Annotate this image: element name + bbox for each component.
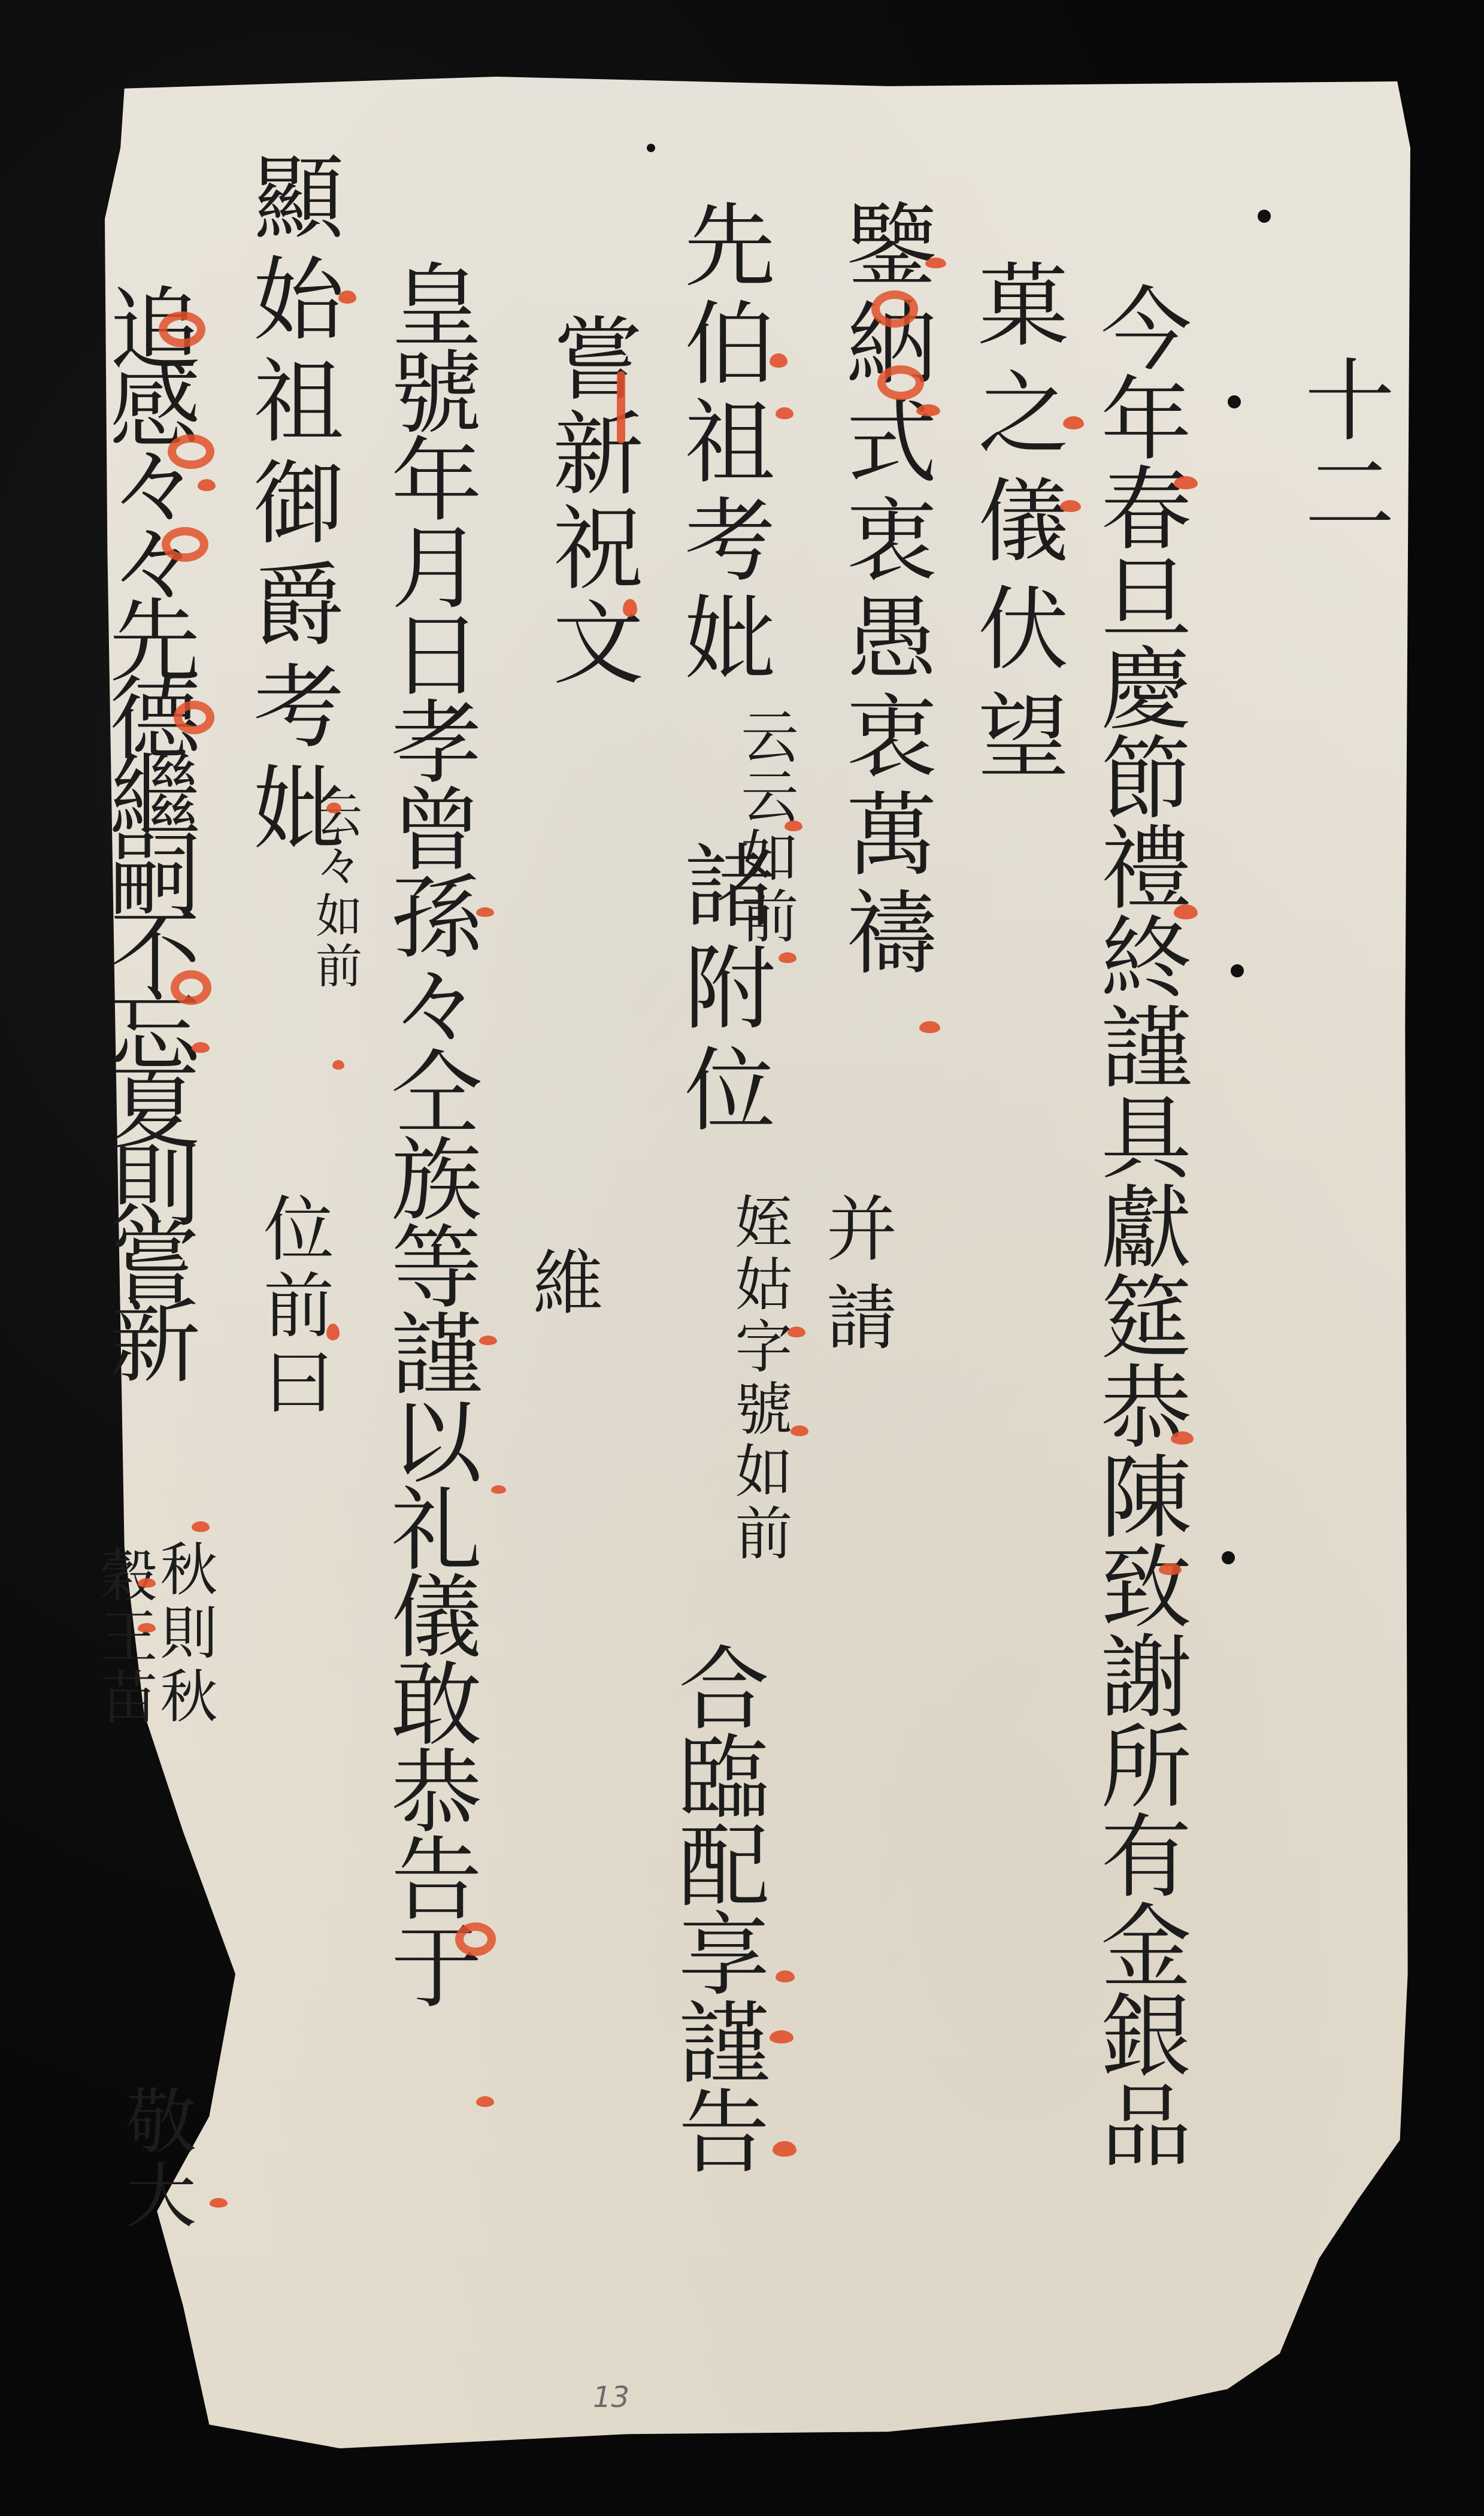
vermilion-mark bbox=[198, 479, 216, 491]
vermilion-circle-mark bbox=[168, 434, 214, 469]
binding-hole bbox=[1258, 210, 1271, 223]
text-column-1: 今年春旦慶節禮終謹具獻筵恭陳致謝所有金銀品 bbox=[1093, 281, 1184, 2168]
binding-hole bbox=[1228, 395, 1241, 408]
vermilion-mark bbox=[210, 2198, 228, 2208]
vermilion-mark bbox=[785, 820, 802, 831]
text-column-2: 菓之儀伏望 bbox=[970, 258, 1061, 797]
vermilion-mark bbox=[1171, 1431, 1194, 1445]
vermilion-mark bbox=[623, 599, 637, 617]
text-column-5-side: 維 bbox=[527, 1246, 598, 1320]
vermilion-mark bbox=[332, 1060, 344, 1070]
vermilion-mark bbox=[1159, 1563, 1182, 1575]
vermilion-mark bbox=[338, 290, 356, 304]
vermilion-circle-mark bbox=[171, 970, 211, 1005]
folio-number: 十二 bbox=[1297, 353, 1386, 540]
vermilion-mark bbox=[192, 1042, 210, 1053]
text-column-5: 嘗新祝文 bbox=[545, 311, 636, 690]
pencil-page-number: 13 bbox=[593, 2381, 629, 2414]
text-column-4-side: 并請 bbox=[820, 1192, 891, 1369]
vermilion-mark bbox=[770, 353, 788, 368]
vermilion-mark bbox=[770, 2030, 794, 2043]
vermilion-mark bbox=[919, 1021, 940, 1033]
vermilion-mark bbox=[138, 1623, 156, 1633]
vermilion-mark bbox=[1060, 500, 1081, 512]
vermilion-mark bbox=[776, 407, 794, 419]
text-column-4-note2: 姪姑字號如前 bbox=[731, 1192, 788, 1566]
vermilion-mark bbox=[779, 952, 796, 963]
vermilion-mark bbox=[773, 2141, 796, 2157]
text-column-8-note: 秋則秋 bbox=[156, 1539, 213, 1730]
vermilion-mark bbox=[788, 1327, 805, 1337]
text-column-8-side: 穀王苗 bbox=[96, 1545, 153, 1728]
vermilion-mark bbox=[1063, 416, 1084, 429]
vermilion-mark bbox=[776, 1970, 795, 1982]
vermilion-mark bbox=[491, 1485, 506, 1494]
vermilion-circle-mark bbox=[162, 527, 208, 562]
vermilion-mark bbox=[791, 1425, 808, 1436]
text-column-7-tail: 位前曰 bbox=[258, 1192, 328, 1422]
vermilion-mark bbox=[326, 803, 341, 813]
vermilion-circle-mark bbox=[174, 701, 214, 734]
binding-hole bbox=[647, 144, 655, 152]
text-column-4-main3: 合臨配享謹告 bbox=[671, 1641, 762, 2173]
text-column-6: 皇號年月日孝曾孫々仝族等謹以礼儀敢恭告于 bbox=[383, 258, 474, 2006]
vermilion-mark bbox=[479, 1336, 497, 1345]
vermilion-mark bbox=[1174, 476, 1198, 489]
vermilion-mark bbox=[192, 1521, 210, 1532]
vermilion-mark bbox=[1174, 904, 1198, 919]
text-column-4-main: 先伯祖考妣 bbox=[677, 198, 768, 689]
text-column-7-main: 顯始祖御爵考妣 bbox=[246, 150, 337, 862]
vermilion-circle-mark bbox=[455, 1922, 496, 1956]
vermilion-mark bbox=[476, 907, 494, 917]
vermilion-line-mark bbox=[617, 371, 625, 443]
text-column-7-note: 云々如前 bbox=[311, 791, 358, 992]
binding-hole bbox=[1231, 964, 1244, 977]
binding-hole bbox=[1222, 1551, 1235, 1564]
vermilion-mark bbox=[138, 1578, 156, 1588]
vermilion-mark bbox=[925, 258, 946, 268]
vermilion-circle-mark bbox=[159, 311, 205, 347]
vermilion-circle-mark bbox=[871, 290, 918, 328]
vermilion-circle-mark bbox=[877, 365, 924, 400]
text-column-4-main2: 諸附位 bbox=[677, 838, 768, 1144]
text-column-8-tail: 敬大 bbox=[120, 2084, 190, 2233]
vermilion-mark bbox=[916, 404, 940, 416]
vermilion-mark bbox=[326, 1324, 340, 1340]
vermilion-mark bbox=[476, 2096, 494, 2107]
